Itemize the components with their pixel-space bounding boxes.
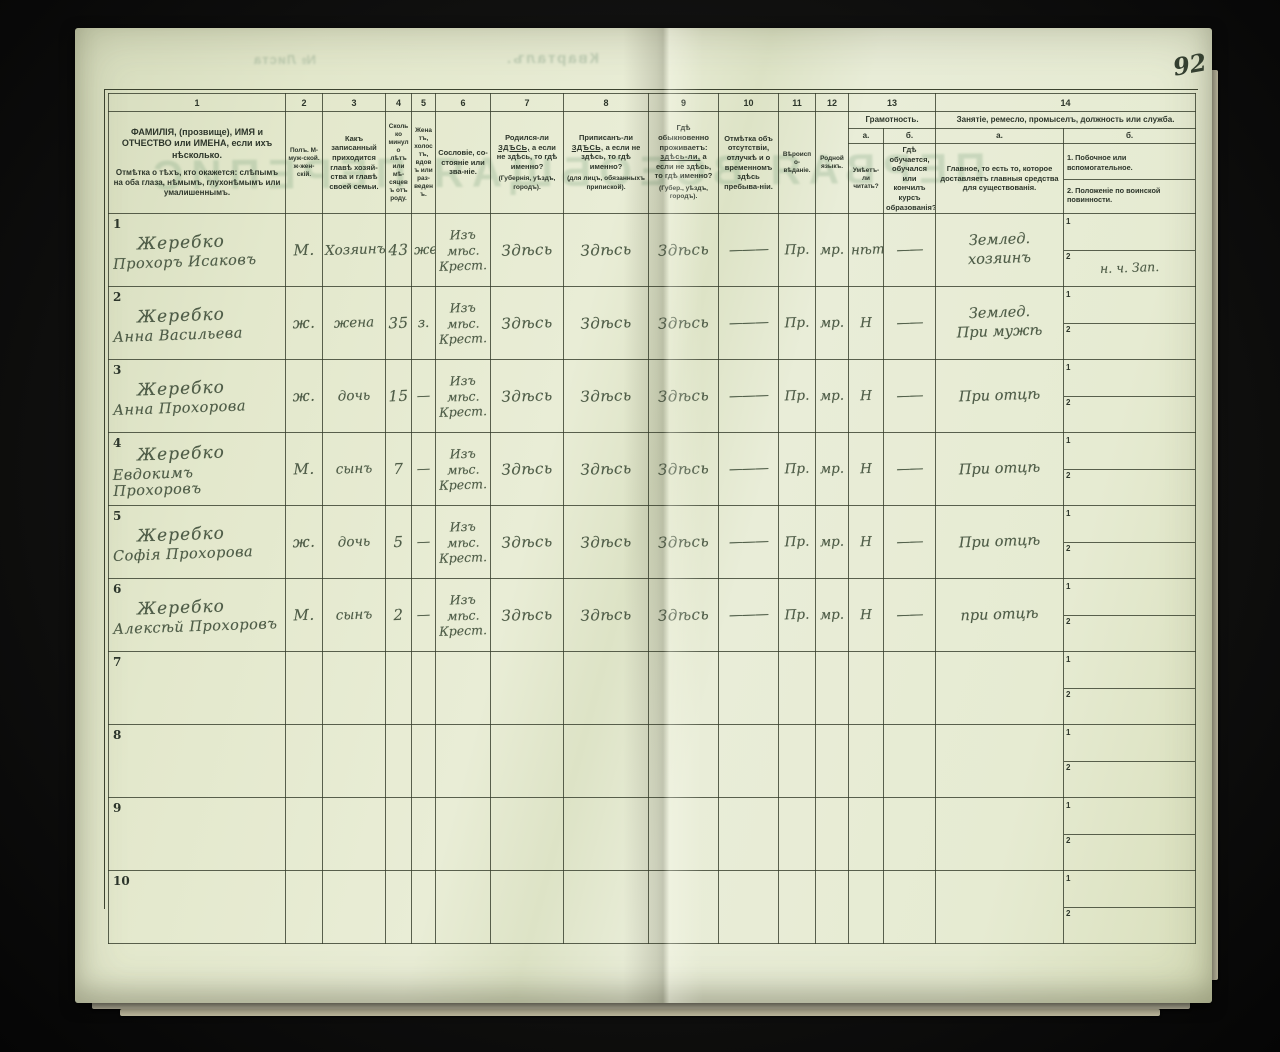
given-name-handwriting	[113, 686, 283, 692]
literacy-handwriting	[851, 834, 881, 835]
language-handwriting	[818, 688, 846, 689]
sub-cell-label-1: 1	[1066, 874, 1070, 883]
estate-line2-handwriting: Крест.	[438, 330, 489, 347]
header-birthplace-note: (Губернія, уѣздъ, городъ).	[493, 175, 561, 192]
cell-registration: Здѣсь	[564, 214, 649, 287]
cell-sex	[286, 871, 323, 944]
estate-line2-handwriting: Крест.	[438, 403, 489, 420]
residence-handwriting	[651, 833, 716, 835]
cell-religion: Пр.	[779, 433, 816, 506]
estate-line2-handwriting	[438, 687, 488, 689]
header-occupation-b1: 1. Побочное или вспомогательное.	[1067, 153, 1192, 172]
estate-line2-handwriting: Крест.	[438, 549, 489, 566]
col-num-2: 2	[286, 94, 323, 112]
cell-name: 1 Жеребко Прохоръ Исаковъ	[109, 214, 286, 287]
sex-handwriting	[288, 688, 320, 689]
age-handwriting: 2	[388, 606, 410, 625]
sex-handwriting	[288, 834, 320, 835]
col-num-13: 13	[849, 94, 936, 112]
cell-absence: ———	[719, 360, 779, 433]
occupation-line2-handwriting: хозяинъ	[938, 248, 1062, 271]
cell-residence	[649, 725, 719, 798]
cell-occupation-main	[936, 871, 1064, 944]
cell-religion: Пр.	[779, 506, 816, 579]
language-handwriting: мр.	[818, 461, 847, 478]
occupation-side-1: 1	[1064, 654, 1195, 688]
handwritten-page-number: 92	[1171, 47, 1209, 81]
sub-cell-label-2: 2	[1066, 763, 1070, 772]
cell-age	[386, 652, 412, 725]
marital-handwriting: же.	[414, 242, 434, 259]
cell-estate	[436, 725, 491, 798]
header-estate: Сословіе, со-стояніе или зва-ніе.	[436, 112, 491, 214]
cell-marital	[412, 871, 436, 944]
language-handwriting	[818, 834, 846, 835]
cell-education: ——	[884, 506, 936, 579]
header-row: ФАМИЛІЯ, (прозвище), ИМЯ и ОТЧЕСТВО или …	[109, 112, 1196, 129]
cell-estate	[436, 798, 491, 871]
occupation-side-1: 1	[1064, 581, 1195, 615]
sub-cell-label-2: 2	[1066, 398, 1070, 407]
cell-estate: Изъ мѣс. Крест.	[436, 287, 491, 360]
cell-birthplace	[491, 652, 564, 725]
residence-handwriting: Здѣсь	[651, 459, 717, 479]
age-handwriting	[388, 761, 409, 762]
occupation-line1-handwriting: При отцѣ	[938, 531, 1062, 554]
header-residence-pre: Гдѣ обыкновенно проживаетъ:	[658, 123, 709, 151]
religion-handwriting: Пр.	[781, 242, 814, 259]
cell-language: мр.	[816, 287, 849, 360]
occupation-line1-handwriting: при отцѣ	[938, 604, 1062, 627]
literacy-handwriting: Н	[851, 315, 882, 332]
age-handwriting: 43	[388, 241, 410, 260]
cell-registration: Здѣсь	[564, 506, 649, 579]
cell-sex	[286, 798, 323, 871]
literacy-handwriting: Н	[851, 388, 882, 405]
cell-residence: Здѣсь	[649, 579, 719, 652]
cell-registration	[564, 798, 649, 871]
registration-handwriting	[566, 906, 646, 909]
estate-line2-handwriting: Крест.	[438, 257, 489, 274]
cell-religion: Пр.	[779, 360, 816, 433]
sex-handwriting: ж.	[288, 314, 321, 333]
cell-residence: Здѣсь	[649, 360, 719, 433]
absence-dash: ———	[721, 460, 777, 478]
residence-handwriting: Здѣсь	[651, 532, 717, 552]
cell-education: ——	[884, 360, 936, 433]
cell-literacy: нѣтъ	[849, 214, 884, 287]
sub-cell-label-2: 2	[1066, 909, 1070, 918]
relation-handwriting	[325, 906, 383, 908]
cell-occupation-side: 1 2	[1064, 287, 1196, 360]
row-number: 2	[113, 290, 121, 304]
given-name-handwriting	[113, 905, 283, 911]
education-dash	[886, 760, 933, 762]
marital-handwriting: з.	[414, 315, 434, 332]
paper-spread: ПЕРВАЯ ВСЕОБЩАЯ ПЕРЕПИС Кварталъ. № Лист…	[75, 28, 1212, 1003]
header-occupation-b2: 2. Положеніе по воинской повинности.	[1067, 186, 1192, 205]
language-handwriting	[818, 907, 846, 908]
cell-literacy: Н	[849, 287, 884, 360]
cell-age: 5	[386, 506, 412, 579]
registration-handwriting: Здѣсь	[566, 459, 647, 480]
religion-handwriting	[781, 688, 813, 689]
header-occupation-b-text: 1. Побочное или вспомогательное. 2. Поло…	[1064, 144, 1196, 214]
cell-occupation-side: 1 2	[1064, 360, 1196, 433]
col-num-11: 11	[779, 94, 816, 112]
age-handwriting: 35	[388, 314, 410, 333]
sex-handwriting: ж.	[288, 533, 321, 552]
birthplace-handwriting: Здѣсь	[493, 313, 562, 333]
row-number: 3	[113, 363, 121, 377]
cell-age	[386, 725, 412, 798]
absence-dash: ———	[721, 241, 777, 259]
table-row: 4 Жеребко Евдокимъ Прохоровъ М. сынъ 7 —…	[109, 433, 1196, 506]
religion-handwriting: Пр.	[781, 607, 814, 624]
education-dash: ——	[886, 241, 934, 259]
registration-handwriting: Здѣсь	[566, 605, 647, 626]
cell-estate: Изъ мѣс. Крест.	[436, 360, 491, 433]
absence-dash	[721, 906, 776, 908]
cell-occupation-main: Землед. хозяинъ	[936, 214, 1064, 287]
cell-name: 8	[109, 725, 286, 798]
literacy-handwriting	[851, 688, 881, 689]
cell-sex: М.	[286, 433, 323, 506]
age-handwriting: 5	[388, 533, 410, 552]
header-name-line1: ФАМИЛІЯ, (прозвище), ИМЯ и ОТЧЕСТВО или …	[122, 127, 272, 160]
cell-occupation-side: 1 2	[1064, 798, 1196, 871]
surname-handwriting	[137, 906, 283, 911]
residence-handwriting	[651, 687, 716, 689]
cell-occupation-main	[936, 798, 1064, 871]
sub-cell-label-2: 2	[1066, 471, 1070, 480]
table-row: 2 Жеребко Анна Васильева ж. жена 35 з. И…	[109, 287, 1196, 360]
cell-marital: —	[412, 579, 436, 652]
relation-handwriting: Хозяинъ	[325, 241, 384, 259]
header-age: Сколько минуло лѣтъ или мѣ-сяцевъ отъ ро…	[386, 112, 412, 214]
header-sex: Полъ. М-муж-ской. ж-жен-скій.	[286, 112, 323, 214]
residence-handwriting	[651, 906, 716, 908]
language-handwriting: мр.	[818, 315, 847, 332]
cell-occupation-main: при отцѣ	[936, 579, 1064, 652]
cell-language	[816, 652, 849, 725]
relation-handwriting	[325, 687, 383, 689]
header-language: Родной языкъ.	[816, 112, 849, 214]
language-handwriting	[818, 761, 846, 762]
cell-literacy	[849, 798, 884, 871]
cell-literacy: Н	[849, 433, 884, 506]
header-name-line2: Отмѣтка о тѣхъ, кто окажется: слѣпымъ на…	[111, 168, 283, 199]
age-handwriting	[388, 907, 409, 908]
census-table-wrap: 1 2 3 4 5 6 7 8 9 10 11 12 13 14	[108, 93, 1196, 944]
religion-handwriting: Пр.	[781, 461, 814, 478]
occupation-side-1: 1	[1064, 727, 1195, 761]
cell-literacy: Н	[849, 506, 884, 579]
cell-occupation-main	[936, 725, 1064, 798]
occupation-side-2: 2	[1064, 834, 1195, 869]
cell-relation: дочь	[323, 506, 386, 579]
occupation-side-1: 1	[1064, 362, 1195, 396]
occupation-side-1: 1	[1064, 800, 1195, 834]
sex-handwriting	[288, 907, 320, 908]
education-dash	[886, 833, 933, 835]
marital-handwriting	[414, 907, 433, 908]
absence-dash	[721, 687, 776, 689]
header-relation: Какъ записанный приходится главѣ хозяй-с…	[323, 112, 386, 214]
surname-handwriting	[137, 833, 283, 838]
language-handwriting: мр.	[818, 534, 847, 551]
marital-handwriting: —	[414, 461, 434, 478]
birthplace-handwriting: Здѣсь	[493, 459, 562, 479]
education-dash: ——	[886, 606, 934, 624]
sub-cell-label-2: 2	[1066, 544, 1070, 553]
cell-language: мр.	[816, 506, 849, 579]
cell-occupation-main: Землед. При мужѣ	[936, 287, 1064, 360]
military-status-handwriting: н. ч. Зап.	[1100, 259, 1160, 276]
literacy-handwriting	[851, 907, 881, 908]
occupation-side-1: 1	[1064, 873, 1195, 907]
birthplace-handwriting: Здѣсь	[493, 386, 562, 406]
absence-dash	[721, 833, 776, 835]
estate-line1-handwriting: Изъ мѣс.	[437, 372, 488, 405]
cell-residence	[649, 798, 719, 871]
occupation-line2-handwriting	[938, 686, 1061, 690]
header-registration: Приписанъ-ли ЗДѢСЬ, а если не здѣсь, то …	[564, 112, 649, 214]
cell-language: мр.	[816, 433, 849, 506]
relation-handwriting: сынъ	[325, 606, 384, 624]
cell-residence	[649, 871, 719, 944]
religion-handwriting	[781, 907, 813, 908]
cell-relation: сынъ	[323, 433, 386, 506]
cell-birthplace	[491, 871, 564, 944]
row-number: 7	[113, 655, 121, 669]
cell-relation: сынъ	[323, 579, 386, 652]
residence-handwriting: Здѣсь	[651, 313, 717, 333]
occupation-side-2: 2	[1064, 396, 1195, 431]
scan-background: ПЕРВАЯ ВСЕОБЩАЯ ПЕРЕПИС Кварталъ. № Лист…	[0, 0, 1280, 1052]
sub-cell-label-2: 2	[1066, 325, 1070, 334]
literacy-handwriting: Н	[851, 461, 882, 478]
cell-birthplace: Здѣсь	[491, 506, 564, 579]
cell-occupation-main: При отцѣ	[936, 360, 1064, 433]
sub-cell-label-1: 1	[1066, 363, 1070, 372]
birthplace-handwriting	[493, 906, 561, 908]
occupation-side-2: 2	[1064, 907, 1195, 942]
cell-sex: М.	[286, 579, 323, 652]
cell-relation	[323, 725, 386, 798]
table-row: 5 Жеребко Софія Прохорова ж. дочь 5 — Из…	[109, 506, 1196, 579]
cell-literacy	[849, 871, 884, 944]
occupation-line1-handwriting	[938, 686, 1061, 690]
table-row: 3 Жеребко Анна Прохорова ж. дочь 15 — Из…	[109, 360, 1196, 433]
estate-line1-handwriting	[438, 906, 488, 908]
cell-registration: Здѣсь	[564, 287, 649, 360]
estate-line1-handwriting: Изъ мѣс.	[437, 445, 488, 478]
cell-marital: —	[412, 433, 436, 506]
sex-handwriting: ж.	[288, 387, 321, 406]
registration-handwriting: Здѣсь	[566, 313, 647, 334]
row-number: 9	[113, 801, 121, 815]
row-number: 5	[113, 509, 121, 523]
cell-absence	[719, 871, 779, 944]
education-dash	[886, 687, 933, 689]
col-num-12: 12	[816, 94, 849, 112]
header-residence-em: здѣсь-ли,	[660, 152, 700, 161]
col-num-5: 5	[412, 94, 436, 112]
cell-residence: Здѣсь	[649, 287, 719, 360]
table-outer-topline	[105, 89, 1198, 90]
cell-age: 2	[386, 579, 412, 652]
cell-registration: Здѣсь	[564, 360, 649, 433]
header-occupation-a-label: а.	[936, 129, 1064, 144]
occupation-line1-handwriting	[938, 832, 1061, 836]
cell-residence	[649, 652, 719, 725]
religion-handwriting	[781, 834, 813, 835]
birthplace-handwriting: Здѣсь	[493, 240, 562, 260]
sub-cell-label-1: 1	[1066, 801, 1070, 810]
cell-religion	[779, 871, 816, 944]
cell-relation: жена	[323, 287, 386, 360]
sub-cell-label-1: 1	[1066, 509, 1070, 518]
cell-registration	[564, 652, 649, 725]
cell-education: ——	[884, 214, 936, 287]
cell-marital	[412, 798, 436, 871]
column-number-row: 1 2 3 4 5 6 7 8 9 10 11 12 13 14	[109, 94, 1196, 112]
absence-dash: ———	[721, 533, 777, 551]
education-dash: ——	[886, 387, 934, 405]
age-handwriting	[388, 688, 409, 689]
cell-religion	[779, 798, 816, 871]
sub-cell-label-1: 1	[1066, 728, 1070, 737]
cell-occupation-side: 1 2 н. ч. Зап.	[1064, 214, 1196, 287]
given-name-handwriting: Евдокимъ Прохоровъ	[112, 462, 283, 500]
cell-name: 3 Жеребко Анна Прохорова	[109, 360, 286, 433]
cell-absence: ———	[719, 433, 779, 506]
header-literacy-a-text: Умѣетъ-ли читать?	[849, 144, 884, 214]
cell-name: 5 Жеребко Софія Прохорова	[109, 506, 286, 579]
marital-handwriting	[414, 688, 433, 689]
bleed-through-list-number: № Листа	[253, 52, 316, 67]
cell-education	[884, 725, 936, 798]
cell-occupation-side: 1 2	[1064, 725, 1196, 798]
sub-cell-label-1: 1	[1066, 290, 1070, 299]
relation-handwriting: дочь	[325, 387, 384, 405]
sub-cell-label-2: 2	[1066, 836, 1070, 845]
cell-absence	[719, 798, 779, 871]
header-registration-pre: Приписанъ-ли	[579, 133, 633, 142]
occupation-side-2: 2	[1064, 323, 1195, 358]
education-dash: ——	[886, 460, 934, 478]
cell-occupation-side: 1 2	[1064, 433, 1196, 506]
cell-birthplace	[491, 798, 564, 871]
cell-religion: Пр.	[779, 287, 816, 360]
cell-absence	[719, 652, 779, 725]
header-marital: Женатъ, холостъ, вдовъ или раз-веденъ.	[412, 112, 436, 214]
col-num-1: 1	[109, 94, 286, 112]
registration-handwriting: Здѣсь	[566, 240, 647, 261]
header-birthplace-em: ЗДѢСЬ,	[498, 143, 530, 152]
birthplace-handwriting: Здѣсь	[493, 605, 562, 625]
cell-age: 7	[386, 433, 412, 506]
cell-relation	[323, 798, 386, 871]
surname-handwriting	[137, 760, 283, 765]
relation-handwriting: дочь	[325, 533, 384, 551]
cell-occupation-side: 1 2	[1064, 579, 1196, 652]
cell-name: 9	[109, 798, 286, 871]
cell-estate	[436, 871, 491, 944]
cell-sex: ж.	[286, 287, 323, 360]
cell-relation: дочь	[323, 360, 386, 433]
occupation-side-2: 2	[1064, 688, 1195, 723]
cell-marital: же.	[412, 214, 436, 287]
occupation-side-2: 2	[1064, 761, 1195, 796]
header-religion: Вѣроиспо-вѣданіе.	[779, 112, 816, 214]
occupation-line2-handwriting	[938, 759, 1061, 763]
sub-cell-label-1: 1	[1066, 436, 1070, 445]
header-birthplace-pre: Родился-ли	[505, 133, 549, 142]
cell-birthplace: Здѣсь	[491, 214, 564, 287]
row-number: 1	[113, 217, 121, 231]
table-row: 1 Жеребко Прохоръ Исаковъ М. Хозяинъ 43 …	[109, 214, 1196, 287]
cell-absence: ———	[719, 287, 779, 360]
absence-dash: ———	[721, 606, 777, 624]
absence-dash: ———	[721, 314, 777, 332]
cell-absence: ———	[719, 506, 779, 579]
cell-language: мр.	[816, 360, 849, 433]
page-stack-edge	[120, 1009, 1160, 1016]
cell-religion: Пр.	[779, 214, 816, 287]
cell-registration: Здѣсь	[564, 579, 649, 652]
table-row: 7 1 2	[109, 652, 1196, 725]
cell-literacy	[849, 725, 884, 798]
sex-handwriting: М.	[288, 241, 321, 260]
cell-age	[386, 871, 412, 944]
header-literacy-group: Грамотность.	[849, 112, 936, 129]
relation-handwriting	[325, 833, 383, 835]
cell-religion	[779, 725, 816, 798]
absence-dash	[721, 760, 776, 762]
marital-handwriting	[414, 834, 433, 835]
religion-handwriting: Пр.	[781, 315, 814, 332]
cell-religion: Пр.	[779, 579, 816, 652]
occupation-line1-handwriting	[938, 759, 1061, 763]
sub-cell-label-2: 2	[1066, 617, 1070, 626]
cell-estate: Изъ мѣс. Крест.	[436, 506, 491, 579]
estate-line2-handwriting	[438, 760, 488, 762]
cell-marital	[412, 652, 436, 725]
education-dash: ——	[886, 533, 934, 551]
cell-absence: ———	[719, 214, 779, 287]
literacy-handwriting: нѣтъ	[851, 242, 882, 259]
col-num-10: 10	[719, 94, 779, 112]
residence-handwriting: Здѣсь	[651, 605, 717, 625]
cell-residence: Здѣсь	[649, 433, 719, 506]
col-num-8: 8	[564, 94, 649, 112]
cell-marital: —	[412, 506, 436, 579]
cell-absence: ———	[719, 579, 779, 652]
cell-occupation-side: 1 2	[1064, 652, 1196, 725]
cell-education: ——	[884, 287, 936, 360]
header-absence: Отмѣтка объ отсутствіи, отлучкѣ и о врем…	[719, 112, 779, 214]
occupation-line1-handwriting: При отцѣ	[938, 385, 1062, 408]
cell-name: 2 Жеребко Анна Васильева	[109, 287, 286, 360]
birthplace-handwriting: Здѣсь	[493, 532, 562, 552]
occupation-line2-handwriting	[938, 832, 1061, 836]
cell-occupation-side: 1 2	[1064, 871, 1196, 944]
cell-relation: Хозяинъ	[323, 214, 386, 287]
occupation-side-1: 1	[1064, 435, 1195, 469]
marital-handwriting: —	[414, 534, 434, 551]
